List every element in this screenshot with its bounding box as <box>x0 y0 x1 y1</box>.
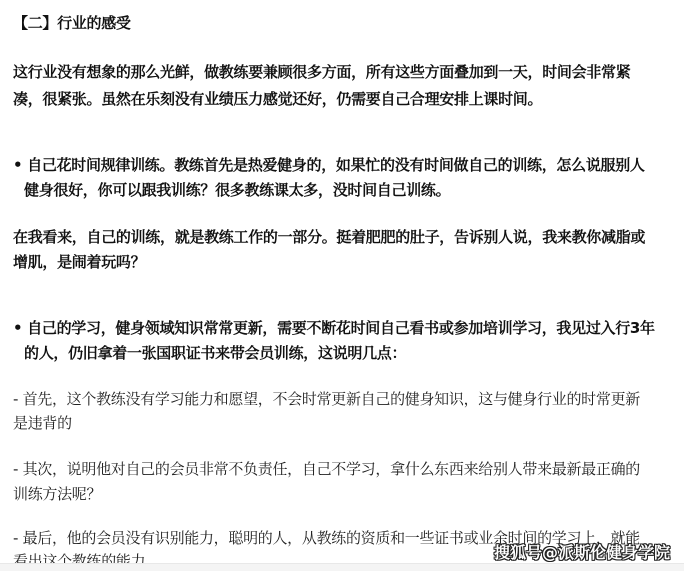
point-first-line-2: 是违背的 <box>13 413 72 433</box>
section-heading: 【二】行业的感受 <box>13 13 131 33</box>
intro-line-2: 凑，很紧张。虽然在乐刻没有业绩压力感觉还好，仍需要自己合理安排上课时间。 <box>13 89 542 109</box>
bullet-training-line-1: • 自己花时间规律训练。教练首先是热爱健身的，如果忙的没有时间做自己的训练，怎么… <box>13 155 645 175</box>
opinion-line-1: 在我看来，自己的训练，就是教练工作的一部分。挺着肥肥的肚子，告诉别人说，我来教你… <box>13 227 645 247</box>
point-second-line-2: 训练方法呢？ <box>13 484 101 504</box>
opinion-line-2: 增肌，是闹着玩吗？ <box>13 252 145 272</box>
watermark: 搜狐号@派斯伦健身学院 <box>494 540 670 563</box>
point-first-line-1: - 首先，这个教练没有学习能力和愿望，不会时常更新自己的健身知识，这与健身行业的… <box>13 389 640 409</box>
bullet-learning-line-2: 的人，仍旧拿着一张国职证书来带会员训练，这说明几点： <box>24 343 406 363</box>
bottom-divider <box>0 563 684 571</box>
point-second-line-1: - 其次，说明他对自己的会员非常不负责任，自己不学习，拿什么东西来给别人带来最新… <box>13 459 640 479</box>
bullet-training-line-2: 健身很好，你可以跟我训练？很多教练课太多，没时间自己训练。 <box>24 180 450 200</box>
bullet-learning-line-1: • 自己的学习，健身领域知识常常更新，需要不断花时间自己看书或参加培训学习，我见… <box>13 318 655 338</box>
intro-line-1: 这行业没有想象的那么光鲜，做教练要兼顾很多方面，所有这些方面叠加到一天，时间会非… <box>13 62 630 82</box>
